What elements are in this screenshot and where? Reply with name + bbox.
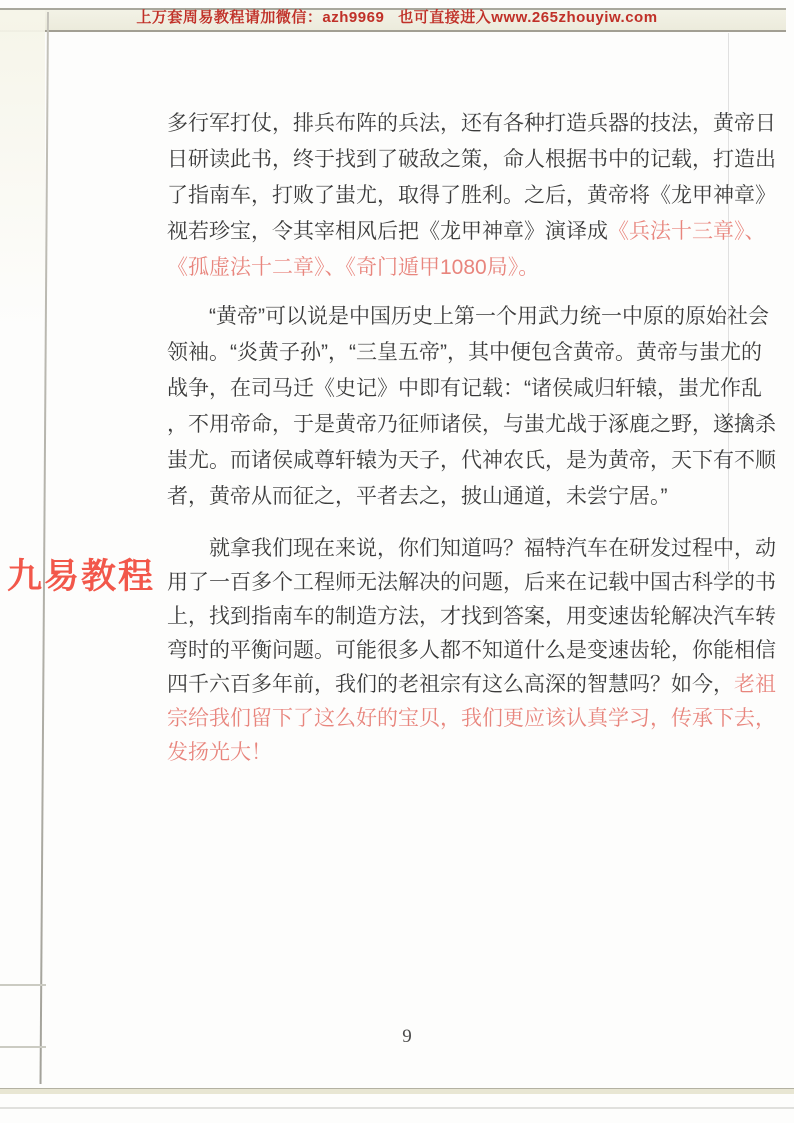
page-number: 9	[377, 1026, 437, 1048]
body-text-segment: “黄帝”可以说是中国历史上第一个用武力统一中原的原始社会	[209, 305, 769, 328]
text-line: 领袖。“炎黄子孙”，“三皇五帝”，其中便包含黄帝。黄帝与蚩尤的	[167, 335, 719, 371]
highlighted-text: 老祖	[734, 673, 776, 696]
text-line: 战争，在司马迁《史记》中即有记载：“诸侯咸归轩辕，蚩尤作乱	[167, 371, 719, 407]
text-line: 多行军打仗，排兵布阵的兵法，还有各种打造兵器的技法，黄帝日	[167, 106, 719, 142]
text-line: 就拿我们现在来说，你们知道吗？福特汽车在研发过程中，动	[167, 532, 719, 566]
body-text-segment: 弯时的平衡问题。可能很多人都不知道什么是变速齿轮，你能相信	[167, 639, 776, 662]
bottom-scan-band	[0, 1088, 794, 1094]
left-margin-scan-line	[0, 1046, 46, 1048]
body-text-segment: ，不用帝命，于是黄帝乃征师诸侯，与蚩尤战于涿鹿之野，遂擒杀	[167, 413, 776, 436]
scanned-document-page: 上万套周易教程请加微信：azh9969 也可直接进入www.265zhouyiw…	[0, 0, 794, 1123]
text-line: 《孤虚法十二章》、《奇门遁甲1080局》。	[167, 250, 719, 286]
text-line: “黄帝”可以说是中国历史上第一个用武力统一中原的原始社会	[167, 299, 719, 335]
body-text-segment: 多行军打仗，排兵布阵的兵法，还有各种打造兵器的技法，黄帝日	[167, 112, 776, 135]
highlighted-text: 《兵法十三章》、	[608, 220, 766, 243]
highlighted-text: 《孤虚法十二章》、《奇门遁甲1080局》。	[167, 256, 539, 279]
body-text-segment: 领袖。“炎黄子孙”，“三皇五帝”，其中便包含黄帝。黄帝与蚩尤的	[167, 341, 762, 364]
text-line: 者，黄帝从而征之，平者去之，披山通道，未尝宁居。”	[167, 479, 719, 515]
body-text-segment: 视若珍宝，令其宰相风后把《龙甲神章》演译成	[167, 220, 608, 243]
paragraph: “黄帝”可以说是中国历史上第一个用武力统一中原的原始社会领袖。“炎黄子孙”，“三…	[167, 299, 719, 515]
paragraph: 就拿我们现在来说，你们知道吗？福特汽车在研发过程中，动用了一百多个工程师无法解决…	[167, 532, 719, 770]
bottom-scan-line	[0, 1107, 794, 1109]
text-line: 上，找到指南车的制造方法，才找到答案，用变速齿轮解决汽车转	[167, 600, 719, 634]
highlighted-text: 宗给我们留下了这么好的宝贝，我们更应该认真学习，传承下去，	[167, 707, 776, 730]
body-text-segment: 上，找到指南车的制造方法，才找到答案，用变速齿轮解决汽车转	[167, 605, 776, 628]
text-line: 了指南车，打败了蚩尤，取得了胜利。之后，黄帝将《龙甲神章》	[167, 178, 719, 214]
body-text-segment: 者，黄帝从而征之，平者去之，披山通道，未尝宁居。”	[167, 485, 668, 508]
text-line: 四千六百多年前，我们的老祖宗有这么高深的智慧吗？如今，老祖	[167, 668, 719, 702]
text-line: 弯时的平衡问题。可能很多人都不知道什么是变速齿轮，你能相信	[167, 634, 719, 668]
left-margin-scan-line	[0, 984, 46, 986]
body-text-segment: 蚩尤。而诸侯咸尊轩辕为天子，代神农氏，是为黄帝，天下有不顺	[167, 449, 776, 472]
text-line: 视若珍宝，令其宰相风后把《龙甲神章》演译成《兵法十三章》、	[167, 214, 719, 250]
highlighted-text: 发扬光大！	[167, 741, 272, 764]
body-text-segment: 就拿我们现在来说，你们知道吗？福特汽车在研发过程中，动	[209, 537, 776, 560]
text-line: ，不用帝命，于是黄帝乃征师诸侯，与蚩尤战于涿鹿之野，遂擒杀	[167, 407, 719, 443]
text-line: 蚩尤。而诸侯咸尊轩辕为天子，代神农氏，是为黄帝，天下有不顺	[167, 443, 719, 479]
body-text-segment: 了指南车，打败了蚩尤，取得了胜利。之后，黄帝将《龙甲神章》	[167, 184, 776, 207]
left-margin-tint	[0, 10, 45, 330]
body-text-segment: 四千六百多年前，我们的老祖宗有这么高深的智慧吗？如今，	[167, 673, 734, 696]
body-text: 多行军打仗，排兵布阵的兵法，还有各种打造兵器的技法，黄帝日日研读此书，终于找到了…	[167, 106, 719, 770]
paragraph: 多行军打仗，排兵布阵的兵法，还有各种打造兵器的技法，黄帝日日研读此书，终于找到了…	[167, 106, 719, 286]
text-line: 用了一百多个工程师无法解决的问题，后来在记载中国古科学的书	[167, 566, 719, 600]
text-line: 发扬光大！	[167, 736, 719, 770]
body-text-segment: 日研读此书，终于找到了破敌之策，命人根据书中的记载，打造出	[167, 148, 776, 171]
text-line: 日研读此书，终于找到了破敌之策，命人根据书中的记载，打造出	[167, 142, 719, 178]
watermark-text: 九易教程	[7, 549, 155, 599]
body-text-segment: 用了一百多个工程师无法解决的问题，后来在记载中国古科学的书	[167, 571, 776, 594]
body-text-segment: 战争，在司马迁《史记》中即有记载：“诸侯咸归轩辕，蚩尤作乱	[167, 377, 762, 400]
page-header-text: 上万套周易教程请加微信：azh9969 也可直接进入www.265zhouyiw…	[0, 6, 794, 27]
text-line: 宗给我们留下了这么好的宝贝，我们更应该认真学习，传承下去，	[167, 702, 719, 736]
